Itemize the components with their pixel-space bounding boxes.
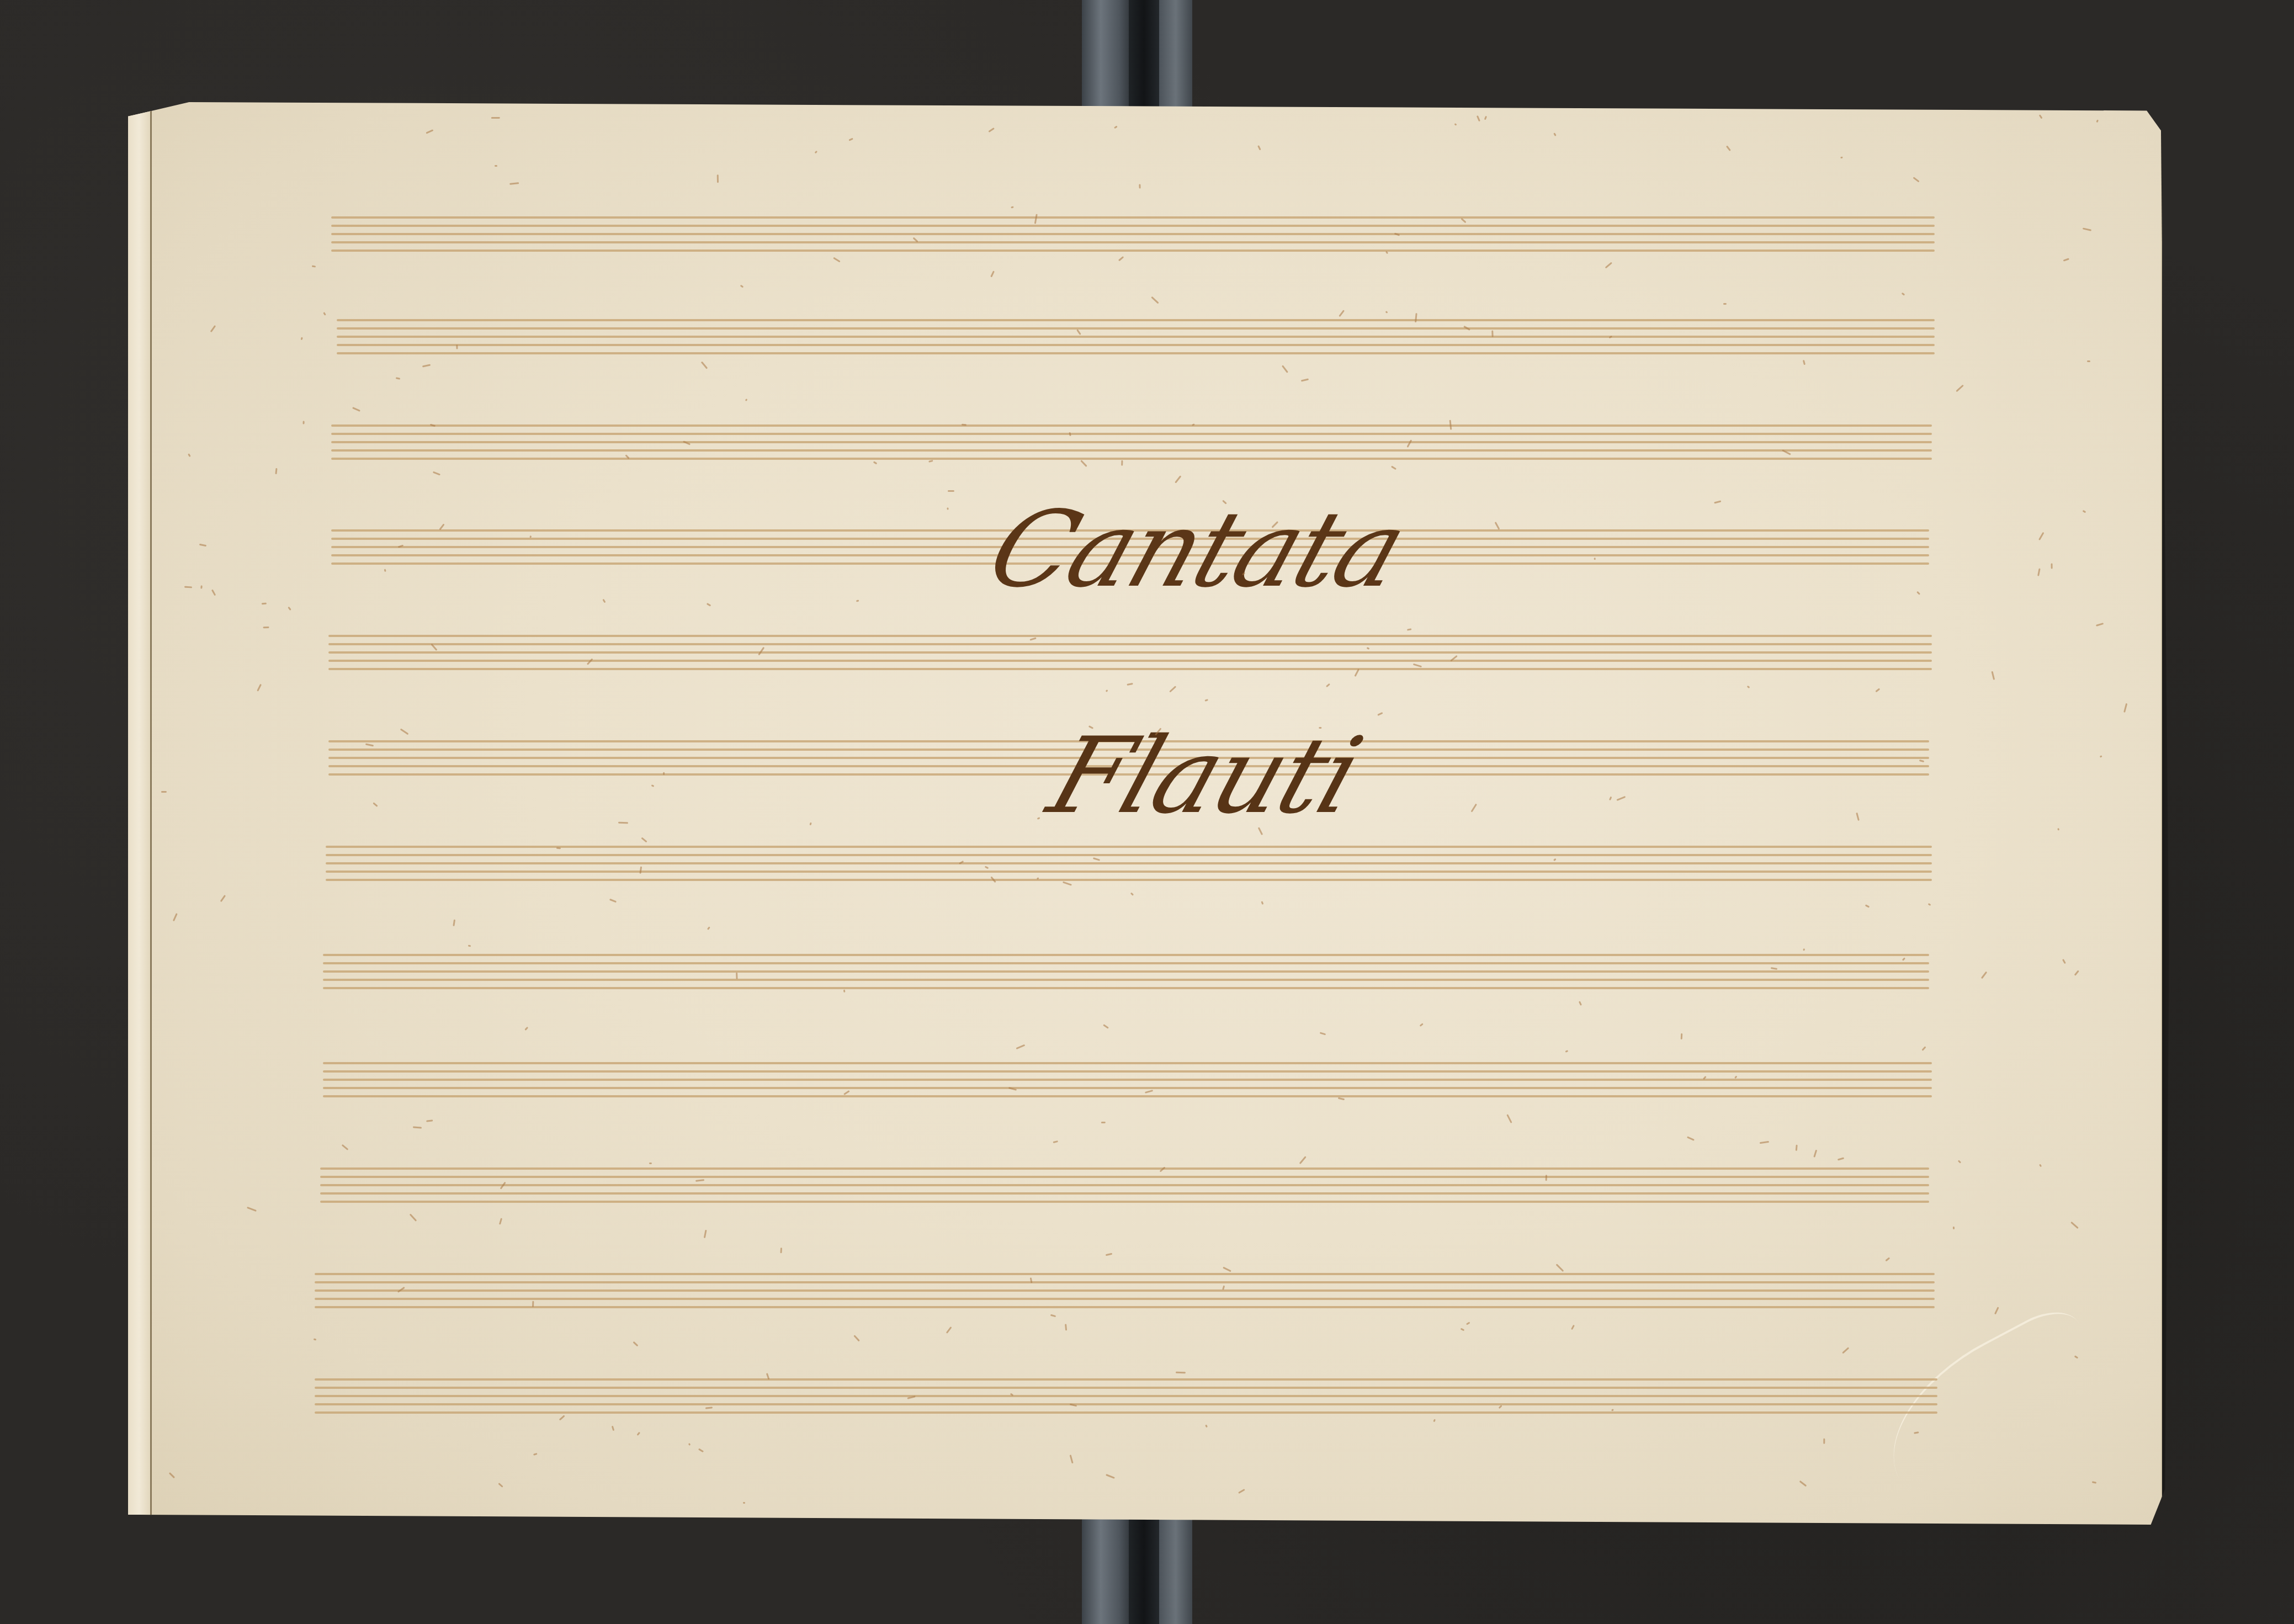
paper-fleck — [1952, 1227, 1955, 1229]
paper-fleck — [989, 128, 995, 132]
paper-fleck — [1261, 901, 1263, 904]
music-staff — [320, 1167, 1929, 1202]
paper-fleck — [1916, 591, 1920, 595]
paper-fleck — [1471, 804, 1477, 813]
staff-line — [331, 433, 1932, 435]
paper-fleck — [1106, 689, 1108, 692]
paper-fleck — [1407, 628, 1412, 630]
paper-fleck — [2095, 623, 2103, 627]
paper-fleck — [947, 508, 949, 510]
staff-line — [315, 1306, 1935, 1308]
staff-line — [315, 1378, 1937, 1381]
staff-line — [323, 970, 1929, 973]
paper-fleck — [633, 1341, 639, 1346]
paper-fleck — [1391, 466, 1396, 470]
paper-fleck — [1477, 115, 1480, 121]
paper-fleck — [342, 1144, 349, 1150]
title-flauti: Flauti — [1036, 715, 1374, 837]
paper-fleck — [1680, 1033, 1682, 1039]
staff-line — [328, 660, 1932, 662]
paper-fleck — [1257, 145, 1261, 150]
paper-fleck — [1902, 292, 1905, 295]
paper-fleck — [948, 490, 954, 492]
staff-line — [320, 1192, 1929, 1195]
paper-fleck — [1579, 1001, 1582, 1005]
music-staff — [331, 216, 1935, 251]
paper-fleck — [2037, 569, 2041, 576]
paper-fleck — [1491, 331, 1493, 337]
paper-fleck — [833, 257, 840, 263]
paper-fleck — [717, 174, 719, 183]
paper-fleck — [1320, 1032, 1326, 1035]
paper-fleck — [1339, 310, 1345, 317]
paper-fleck — [1063, 882, 1072, 886]
paper-fleck — [651, 784, 654, 787]
staff-line — [315, 1395, 1937, 1397]
paper-fleck — [498, 1483, 503, 1488]
paper-fleck — [1796, 1145, 1798, 1151]
paper-fleck — [188, 454, 191, 457]
staff-line — [331, 458, 1932, 460]
staff-line — [337, 327, 1935, 330]
paper-fleck — [1553, 132, 1557, 136]
paper-fleck — [745, 399, 748, 401]
paper-fleck — [809, 822, 811, 826]
paper-fleck — [2083, 227, 2091, 231]
paper-fleck — [373, 802, 378, 807]
paper-fleck — [1420, 1023, 1424, 1027]
paper-fleck — [1454, 124, 1457, 126]
paper-fleck — [743, 1502, 745, 1504]
staff-line — [315, 1387, 1937, 1389]
paper-fleck — [1050, 1314, 1056, 1318]
page-fold-edge — [128, 102, 152, 1525]
music-staff — [326, 846, 1932, 880]
staff-line — [328, 651, 1932, 654]
paper-fleck — [1103, 1024, 1109, 1029]
paper-fleck — [641, 837, 647, 843]
paper-fleck — [1616, 796, 1626, 801]
paper-fleck — [1326, 683, 1330, 687]
paper-fleck — [352, 407, 360, 412]
paper-fleck — [609, 899, 616, 903]
paper-fleck — [2062, 959, 2066, 964]
paper-fleck — [663, 772, 665, 775]
paper-fleck — [302, 421, 304, 424]
paper-fleck — [312, 266, 316, 268]
paper-fleck — [2039, 114, 2043, 119]
paper-fleck — [1760, 1141, 1769, 1144]
staff-line — [331, 225, 1935, 227]
staff-line — [323, 1095, 1932, 1097]
paper-fleck — [2100, 755, 2102, 758]
paper-fleck — [1011, 206, 1014, 209]
paper-fleck — [612, 1426, 615, 1431]
paper-fleck — [703, 1230, 707, 1239]
staff-line — [320, 1184, 1929, 1186]
staff-line — [337, 319, 1935, 321]
paper-fleck — [1842, 1347, 1849, 1354]
paper-fleck — [257, 684, 262, 691]
staff-line — [323, 979, 1929, 981]
paper-fleck — [856, 600, 859, 602]
manuscript-page: Cantata Flauti — [128, 102, 2161, 1525]
paper-fleck — [2092, 1481, 2096, 1483]
paper-fleck — [990, 270, 995, 277]
paper-fleck — [453, 919, 456, 926]
paper-fleck — [1687, 1136, 1695, 1140]
paper-fleck — [1169, 686, 1176, 693]
paper-fleck — [491, 117, 500, 119]
paper-fleck — [1865, 904, 1870, 907]
staff-line — [320, 1176, 1929, 1178]
paper-fleck — [556, 847, 561, 849]
paper-fleck — [698, 1448, 704, 1452]
paper-fleck — [688, 1443, 691, 1446]
paper-fleck — [1299, 1156, 1307, 1164]
staff-line — [320, 1201, 1929, 1203]
staff-line — [320, 1167, 1929, 1170]
paper-fleck — [262, 602, 267, 604]
paper-fleck — [700, 361, 707, 369]
paper-fleck — [533, 1453, 538, 1456]
paper-fleck — [1016, 1044, 1025, 1049]
paper-fleck — [1803, 359, 1806, 364]
paper-fleck — [849, 138, 853, 141]
paper-fleck — [780, 1248, 783, 1254]
paper-fleck — [1053, 1140, 1058, 1143]
paper-fleck — [1282, 365, 1288, 373]
staff-line — [331, 441, 1932, 443]
paper-fleck — [2070, 1221, 2079, 1228]
staff-line — [315, 1411, 1937, 1414]
paper-fleck — [301, 337, 303, 340]
paper-fleck — [1565, 1050, 1568, 1053]
staff-line — [323, 1070, 1932, 1073]
paper-fleck — [1484, 116, 1486, 120]
staff-line — [323, 987, 1929, 989]
paper-fleck — [200, 585, 202, 588]
staff-line — [326, 879, 1932, 881]
paper-fleck — [1495, 522, 1500, 530]
paper-fleck — [169, 1472, 175, 1478]
paper-fleck — [314, 1339, 317, 1341]
paper-fleck — [946, 1326, 952, 1334]
paper-fleck — [1605, 262, 1612, 268]
paper-fleck — [409, 1213, 416, 1221]
paper-fleck — [426, 1120, 433, 1122]
paper-fleck — [1319, 727, 1321, 729]
paper-fleck — [814, 151, 817, 154]
paper-fleck — [707, 927, 710, 930]
staff-line — [328, 643, 1932, 645]
paper-fleck — [1461, 1328, 1465, 1331]
paper-fleck — [1101, 1122, 1106, 1123]
paper-fleck — [499, 1218, 502, 1224]
staff-line — [331, 449, 1932, 452]
staff-line — [323, 962, 1929, 964]
paper-fleck — [495, 165, 497, 167]
paper-fleck — [740, 284, 743, 288]
paper-fleck — [384, 569, 386, 572]
paper-fleck — [1726, 145, 1731, 151]
staff-line — [315, 1403, 1937, 1405]
paper-fleck — [1991, 671, 1995, 680]
staff-line — [337, 344, 1935, 346]
paper-fleck — [2038, 532, 2045, 541]
title-cantata: Cantata — [975, 489, 1419, 611]
paper-fleck — [1176, 1372, 1186, 1373]
paper-fleck — [559, 1415, 565, 1420]
paper-fleck — [1994, 1307, 1999, 1315]
staff-line — [337, 352, 1935, 354]
paper-fleck — [1239, 1489, 1246, 1494]
paper-fleck — [220, 895, 226, 902]
paper-fleck — [1885, 1257, 1890, 1262]
paper-fleck — [1385, 311, 1388, 314]
paper-fleck — [1205, 1424, 1208, 1427]
staff-line — [331, 424, 1932, 427]
staff-line — [323, 1079, 1932, 1081]
paper-fleck — [618, 821, 628, 824]
paper-fleck — [1876, 688, 1881, 692]
paper-fleck — [2063, 258, 2069, 262]
paper-fleck — [211, 590, 215, 596]
staff-line — [326, 871, 1932, 873]
paper-fleck — [395, 377, 400, 380]
paper-fleck — [1118, 256, 1124, 261]
staff-line — [315, 1273, 1935, 1275]
staff-line — [315, 1281, 1935, 1283]
music-staff — [323, 954, 1929, 988]
staff-line — [323, 1087, 1932, 1089]
paper-fleck — [433, 471, 440, 476]
staff-line — [328, 635, 1932, 637]
paper-fleck — [1799, 1480, 1806, 1487]
staff-line — [323, 954, 1929, 956]
paper-fleck — [1377, 712, 1383, 716]
paper-fleck — [707, 603, 711, 607]
paper-fleck — [468, 945, 471, 947]
paper-fleck — [1175, 475, 1181, 484]
music-staff — [315, 1273, 1935, 1307]
paper-fleck — [210, 325, 216, 332]
paper-fleck — [1139, 184, 1140, 189]
paper-fleck — [426, 129, 433, 134]
paper-fleck — [1956, 385, 1964, 392]
paper-fleck — [1824, 1438, 1825, 1443]
paper-fleck — [275, 468, 278, 474]
paper-fleck — [1609, 797, 1612, 801]
paper-fleck — [649, 1163, 652, 1164]
staff-line — [315, 1298, 1935, 1300]
music-staff — [331, 424, 1932, 459]
paper-fleck — [422, 364, 431, 367]
paper-fleck — [2057, 828, 2059, 831]
paper-fleck — [843, 989, 846, 993]
paper-fleck — [636, 1431, 640, 1436]
paper-fleck — [1958, 1160, 1961, 1164]
paper-fleck — [2123, 703, 2127, 713]
paper-fleck — [323, 312, 326, 316]
staff-line — [315, 1289, 1935, 1292]
paper-fleck — [1204, 699, 1208, 702]
paper-fleck — [1921, 1047, 1926, 1052]
paper-fleck — [2083, 510, 2086, 512]
paper-fleck — [853, 1335, 860, 1342]
paper-fleck — [1980, 972, 1987, 979]
paper-fleck — [524, 1027, 528, 1031]
paper-fleck — [1928, 903, 1931, 906]
music-staff — [337, 319, 1935, 353]
paper-fleck — [1338, 1097, 1345, 1101]
paper-fleck — [1840, 156, 1843, 158]
paper-fleck — [1114, 125, 1118, 129]
paper-fleck — [173, 914, 178, 922]
paper-fleck — [2074, 970, 2079, 976]
paper-fleck — [873, 461, 878, 464]
paper-fleck — [1803, 948, 1805, 951]
staff-line — [331, 233, 1935, 235]
paper-fleck — [2039, 1164, 2042, 1167]
staff-line — [337, 336, 1935, 338]
paper-fleck — [1127, 683, 1133, 686]
paper-fleck — [1714, 501, 1722, 504]
staff-line — [331, 250, 1935, 252]
paper-fleck — [400, 729, 409, 735]
paper-fleck — [247, 1207, 257, 1212]
paper-fleck — [1223, 1267, 1231, 1272]
paper-fleck — [1106, 1253, 1112, 1256]
music-staff — [328, 635, 1932, 669]
paper-fleck — [1151, 296, 1159, 304]
paper-fleck — [1913, 177, 1919, 182]
paper-fleck — [456, 344, 458, 349]
music-staff — [323, 1062, 1932, 1096]
staff-line — [328, 668, 1932, 670]
paper-fleck — [961, 423, 967, 426]
paper-fleck — [2087, 360, 2090, 362]
music-staff — [315, 1378, 1937, 1413]
paper-fleck — [1856, 813, 1860, 821]
staff-line — [323, 1062, 1932, 1064]
paper-fleck — [2051, 563, 2052, 569]
paper-fleck — [1571, 1324, 1575, 1329]
paper-fleck — [184, 586, 192, 588]
paper-fleck — [263, 627, 269, 628]
paper-fleck — [2096, 119, 2099, 123]
paper-fleck — [1838, 1157, 1844, 1160]
paper-fleck — [1814, 1149, 1818, 1157]
paper-fleck — [1070, 1455, 1074, 1464]
staff-line — [326, 846, 1932, 848]
staff-line — [326, 862, 1932, 864]
staff-line — [331, 216, 1935, 219]
paper-fleck — [1747, 686, 1750, 689]
paper-fleck — [1723, 303, 1727, 305]
paper-fleck — [928, 460, 933, 463]
staff-line — [331, 241, 1935, 243]
paper-fleck — [161, 791, 167, 793]
paper-fleck — [1121, 460, 1123, 465]
staff-line — [326, 854, 1932, 856]
paper-fleck — [1506, 1114, 1512, 1123]
paper-fleck — [1466, 1322, 1470, 1325]
paper-fleck — [1037, 817, 1040, 820]
paper-fleck — [1081, 460, 1088, 467]
paper-fleck — [199, 543, 206, 546]
paper-fleck — [1556, 1264, 1564, 1271]
paper-fleck — [1433, 1419, 1436, 1422]
paper-fleck — [1106, 1474, 1115, 1479]
paper-fleck — [1065, 1324, 1067, 1330]
paper-fleck — [288, 607, 292, 611]
paper-fleck — [1301, 379, 1309, 382]
paper-fleck — [412, 1126, 421, 1128]
paper-fleck — [602, 599, 606, 603]
paper-fleck — [509, 182, 519, 185]
paper-fleck — [1130, 893, 1133, 896]
